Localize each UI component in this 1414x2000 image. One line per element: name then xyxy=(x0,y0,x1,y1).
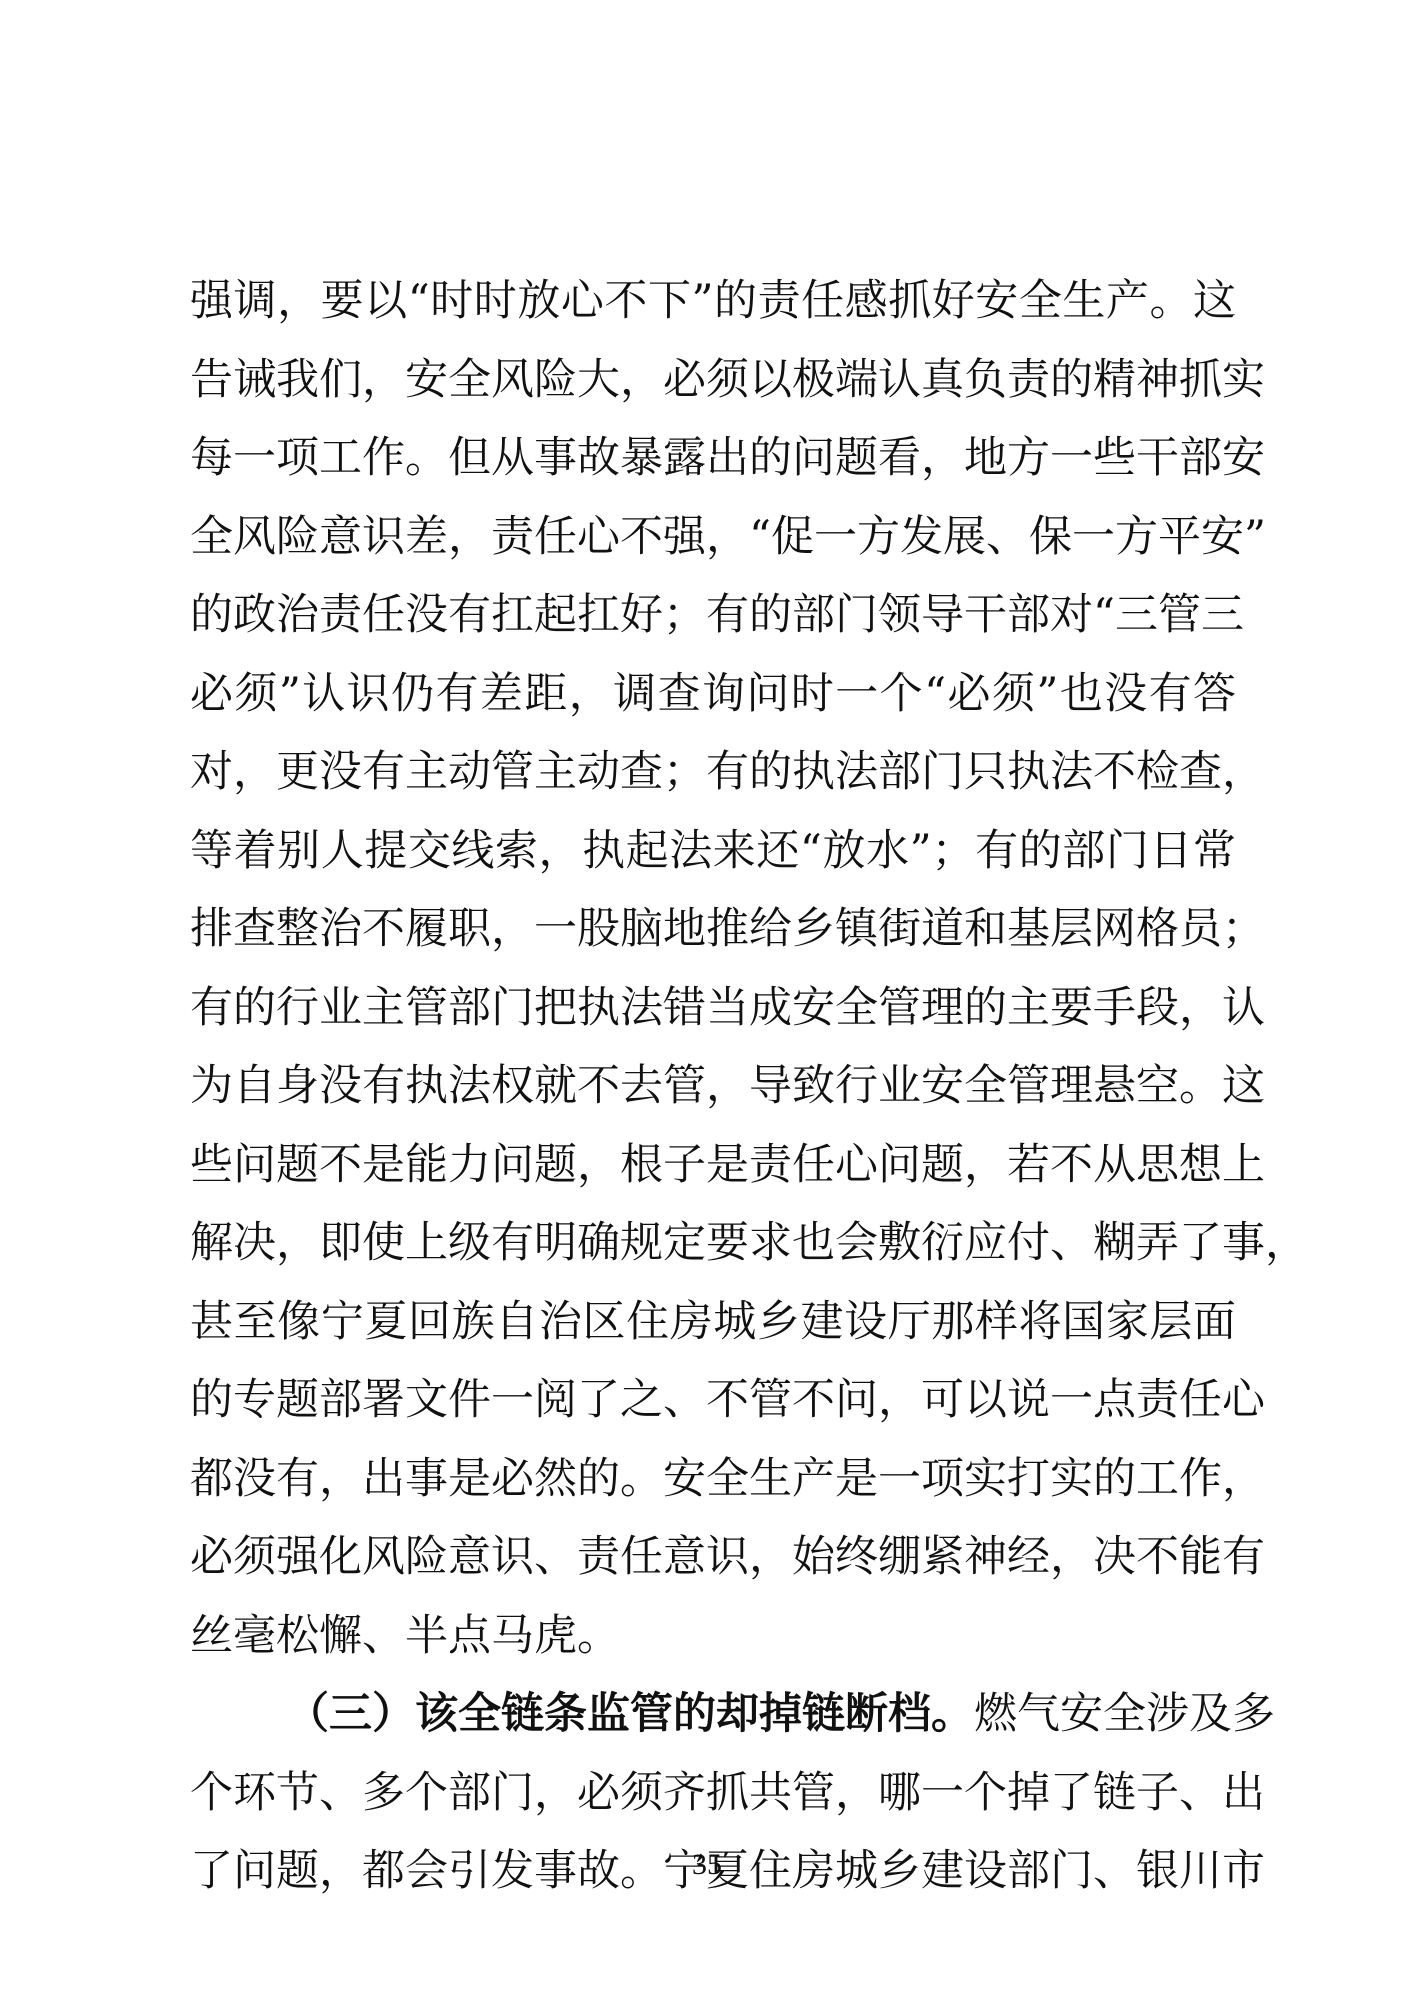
body-text: 强调，要以“时时放心不下”的责任感抓好安全生产。这 告诫我们，安全风险大，必须以… xyxy=(190,262,1236,1911)
text-line: 甚至像宁夏回族自治区住房城乡建设厅那样将国家层面 xyxy=(190,1283,1236,1362)
text-line: 的政治责任没有扛起扛好；有的部门领导干部对“三管三 xyxy=(190,576,1236,655)
page-number: 35 xyxy=(0,1848,1414,1882)
text-line: 对，更没有主动管主动查；有的执法部门只执法不检查， xyxy=(190,733,1236,812)
section-heading-rest: 燃气安全涉及多 xyxy=(974,1689,1275,1739)
text-line: 等着别人提交线索，执起法来还“放水”；有的部门日常 xyxy=(190,812,1236,891)
text-line: 必须”认识仍有差距，调查询问时一个“必须”也没有答 xyxy=(190,655,1236,734)
section-heading: （三）该全链条监管的却掉链断档。 xyxy=(286,1689,974,1739)
text-line: 都没有，出事是必然的。安全生产是一项实打实的工作， xyxy=(190,1440,1236,1519)
text-line: 每一项工作。但从事故暴露出的问题看，地方一些干部安 xyxy=(190,419,1236,498)
text-line: 为自身没有执法权就不去管，导致行业安全管理悬空。这 xyxy=(190,1047,1236,1126)
text-line: 个环节、多个部门，必须齐抓共管，哪一个掉了链子、出 xyxy=(190,1754,1236,1833)
text-line: 丝毫松懈、半点马虎。 xyxy=(190,1597,1236,1676)
text-line: 的专题部署文件一阅了之、不管不问，可以说一点责任心 xyxy=(190,1361,1236,1440)
section-heading-line: （三）该全链条监管的却掉链断档。燃气安全涉及多 xyxy=(190,1675,1236,1754)
text-line: 解决，即使上级有明确规定要求也会敷衍应付、糊弄了事， xyxy=(190,1204,1236,1283)
document-page: 强调，要以“时时放心不下”的责任感抓好安全生产。这 告诫我们，安全风险大，必须以… xyxy=(0,0,1414,2000)
text-line: 排查整治不履职，一股脑地推给乡镇街道和基层网格员； xyxy=(190,890,1236,969)
text-line: 告诫我们，安全风险大，必须以极端认真负责的精神抓实 xyxy=(190,341,1236,420)
text-line: 些问题不是能力问题，根子是责任心问题，若不从思想上 xyxy=(190,1126,1236,1205)
text-line: 强调，要以“时时放心不下”的责任感抓好安全生产。这 xyxy=(190,262,1236,341)
text-line: 有的行业主管部门把执法错当成安全管理的主要手段，认 xyxy=(190,969,1236,1048)
text-line: 全风险意识差，责任心不强，“促一方发展、保一方平安” xyxy=(190,498,1236,577)
text-line: 必须强化风险意识、责任意识，始终绷紧神经，决不能有 xyxy=(190,1518,1236,1597)
